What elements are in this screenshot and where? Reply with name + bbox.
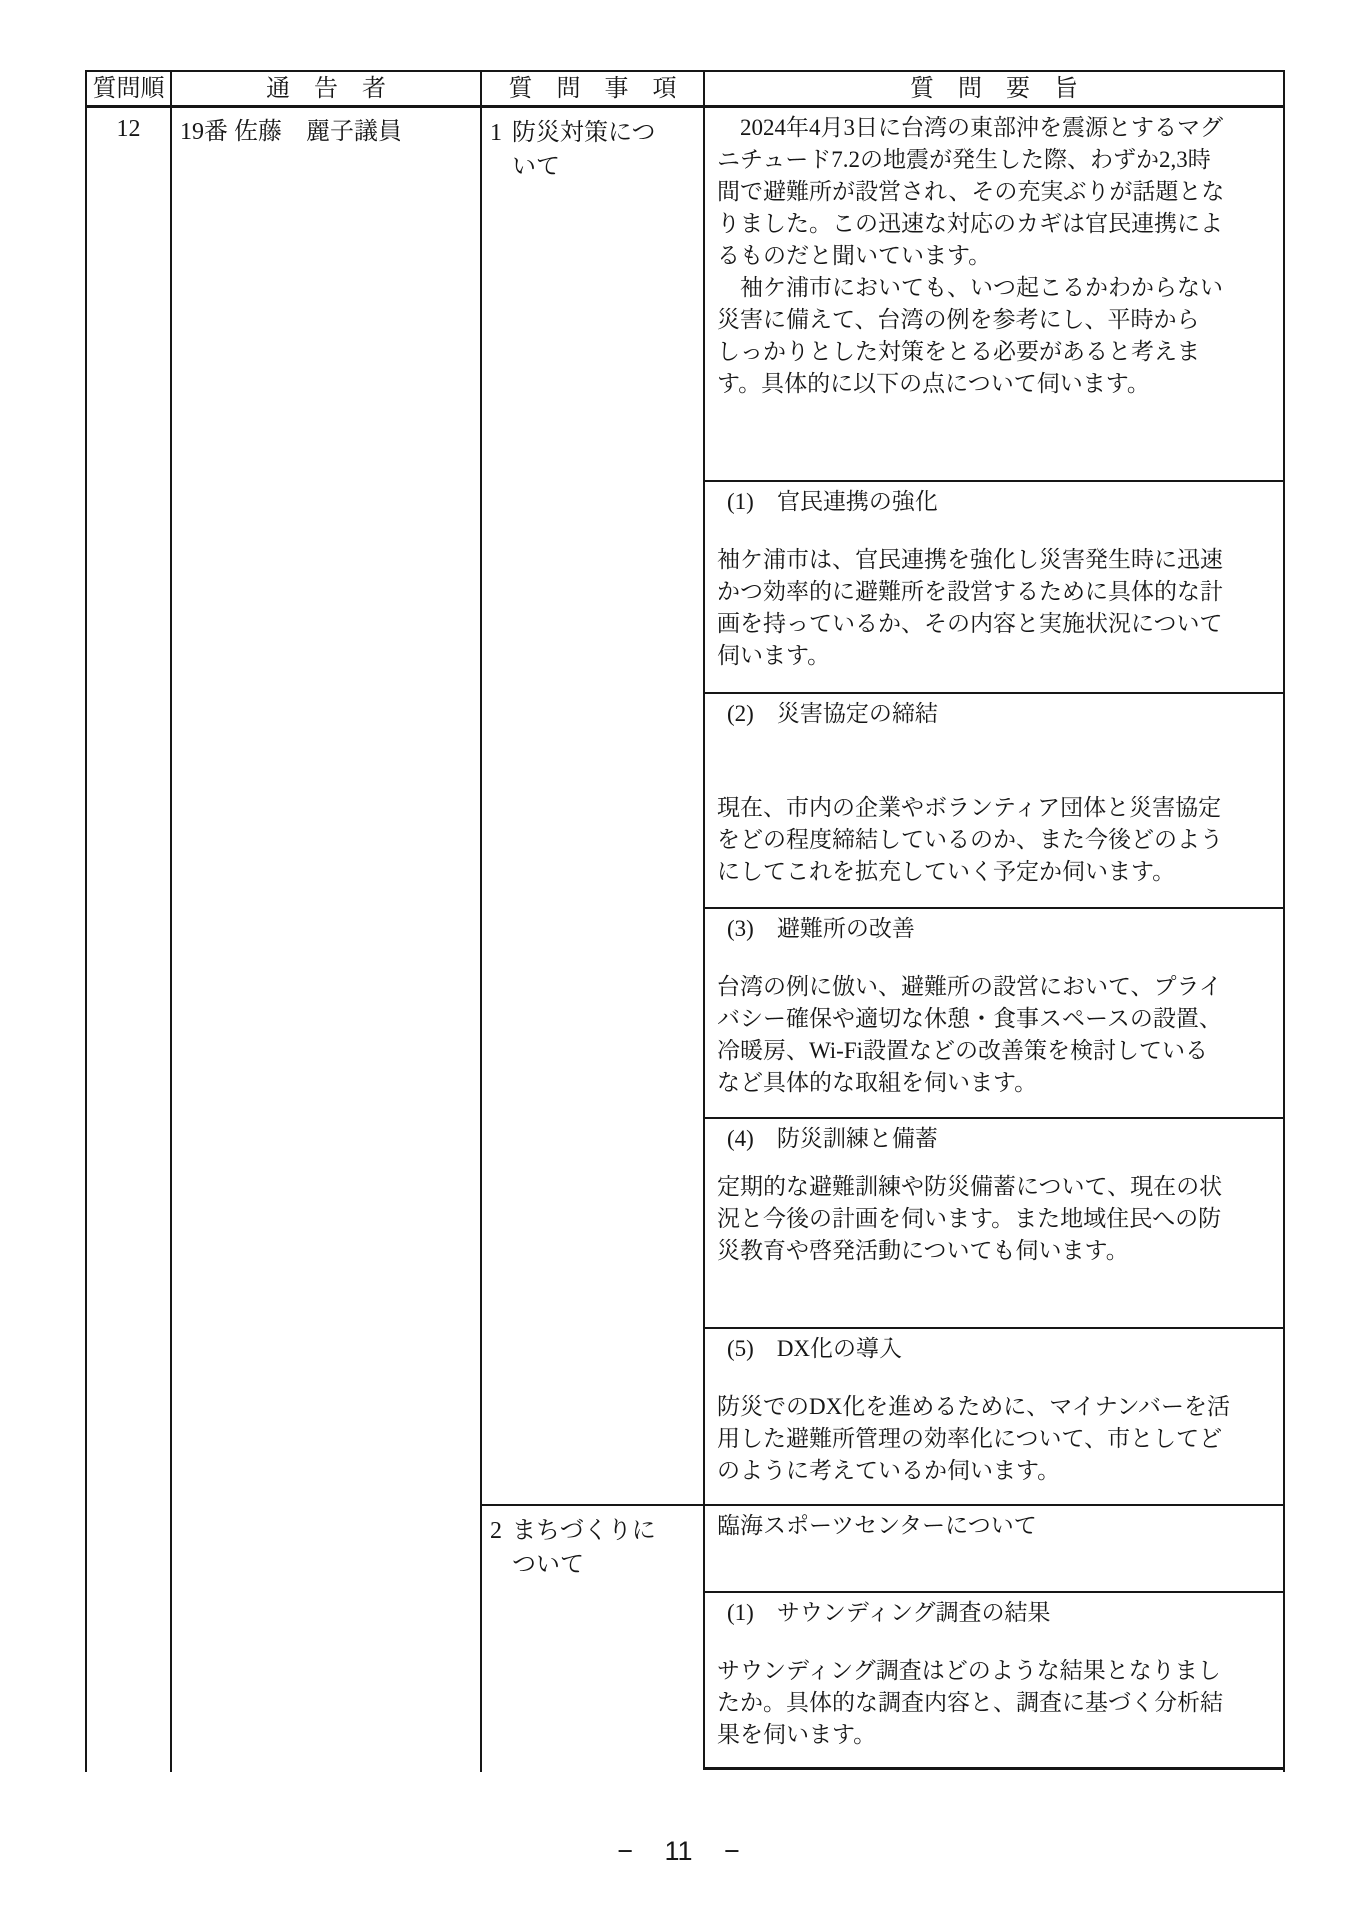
page-number: − 11 − (0, 1836, 1357, 1867)
question-item-2: 2 まちづくりに ついて 臨海スポーツセンターについて (1) サウンディング調… (482, 1504, 1283, 1770)
subsection-1-4-body: 定期的な避難訓練や防災備蓄について、現在の状 況と今後の計画を伺います。また地域… (717, 1171, 1275, 1267)
subsection-2-1-heading: (1) サウンディング調査の結果 (717, 1597, 1275, 1629)
summary-2-heading-cell: 臨海スポーツセンターについて (705, 1506, 1283, 1591)
subject-number-2: 2 (490, 1514, 502, 1548)
table-body-row: 12 19番 佐藤 麗子議員 1 防災対策につ いて 2024年4月3日に台湾の… (87, 108, 1283, 1772)
question-order-cell: 12 (87, 108, 170, 1772)
header-question-order: 質問順 (87, 72, 170, 105)
header-notifier: 通 告 者 (170, 72, 480, 105)
subsection-1-3-heading: (3) 避難所の改善 (717, 913, 1275, 945)
subsection-1-5-body: 防災でのDX化を進めるために、マイナンバーを活 用した避難所管理の効率化について… (717, 1391, 1275, 1487)
table-header-row: 質問順 通 告 者 質 問 事 項 質 問 要 旨 (87, 72, 1283, 108)
subsection-1-3: (3) 避難所の改善 台湾の例に倣い、避難所の設営において、プライ バシー確保や… (705, 907, 1283, 1117)
question-notice-table: 質問順 通 告 者 質 問 事 項 質 問 要 旨 12 19番 佐藤 麗子議員… (85, 70, 1285, 1772)
header-question-subject: 質 問 事 項 (480, 72, 703, 105)
header-question-summary: 質 問 要 旨 (703, 72, 1283, 105)
summary-2-heading-text: 臨海スポーツセンターについて (717, 1510, 1275, 1542)
summary-intro: 2024年4月3日に台湾の東部沖を震源とするマグ ニチュード7.2の地震が発生し… (705, 108, 1283, 480)
question-item-1: 1 防災対策につ いて 2024年4月3日に台湾の東部沖を震源とするマグ ニチュ… (482, 108, 1283, 1504)
subject-cell-1: 1 防災対策につ いて (482, 108, 705, 1504)
subsection-1-5: (5) DX化の導入 防災でのDX化を進めるために、マイナンバーを活 用した避難… (705, 1327, 1283, 1504)
subsection-2-1: (1) サウンディング調査の結果 サウンディング調査はどのような結果となりまし … (705, 1591, 1283, 1770)
subsection-1-2-heading: (2) 災害協定の締結 (717, 698, 1275, 730)
subsection-1-1-heading: (1) 官民連携の強化 (717, 486, 1275, 518)
subject-text-1: 防災対策につ いて (512, 116, 656, 184)
summary-intro-text: 2024年4月3日に台湾の東部沖を震源とするマグ ニチュード7.2の地震が発生し… (717, 112, 1275, 400)
subsection-1-5-heading: (5) DX化の導入 (717, 1333, 1275, 1365)
subsection-1-1: (1) 官民連携の強化 袖ケ浦市は、官民連携を強化し災害発生時に迅速 かつ効率的… (705, 480, 1283, 692)
subject-cell-2: 2 まちづくりに ついて (482, 1506, 705, 1770)
notifier-cell: 19番 佐藤 麗子議員 (170, 108, 480, 1772)
subject-text-2: まちづくりに ついて (512, 1514, 656, 1582)
document-page: 質問順 通 告 者 質 問 事 項 質 問 要 旨 12 19番 佐藤 麗子議員… (0, 0, 1357, 1920)
subsection-1-4: (4) 防災訓練と備蓄 定期的な避難訓練や防災備蓄について、現在の状 況と今後の… (705, 1117, 1283, 1327)
subsection-1-1-body: 袖ケ浦市は、官民連携を強化し災害発生時に迅速 かつ効率的に避難所を設営するために… (717, 544, 1275, 672)
subject-number-1: 1 (490, 116, 502, 150)
question-items-area: 1 防災対策につ いて 2024年4月3日に台湾の東部沖を震源とするマグ ニチュ… (480, 108, 1283, 1772)
subsection-1-3-body: 台湾の例に倣い、避難所の設営において、プライ バシー確保や適切な休憩・食事スペー… (717, 971, 1275, 1099)
summary-cell-2: 臨海スポーツセンターについて (1) サウンディング調査の結果 サウンディング調… (705, 1506, 1283, 1770)
summary-cell-1: 2024年4月3日に台湾の東部沖を震源とするマグ ニチュード7.2の地震が発生し… (705, 108, 1283, 1504)
subsection-1-4-heading: (4) 防災訓練と備蓄 (717, 1123, 1275, 1155)
subsection-1-2-body: 現在、市内の企業やボランティア団体と災害協定 をどの程度締結しているのか、また今… (717, 792, 1275, 888)
subsection-2-1-body: サウンディング調査はどのような結果となりまし たか。具体的な調査内容と、調査に基… (717, 1655, 1275, 1751)
subsection-1-2: (2) 災害協定の締結 現在、市内の企業やボランティア団体と災害協定 をどの程度… (705, 692, 1283, 907)
